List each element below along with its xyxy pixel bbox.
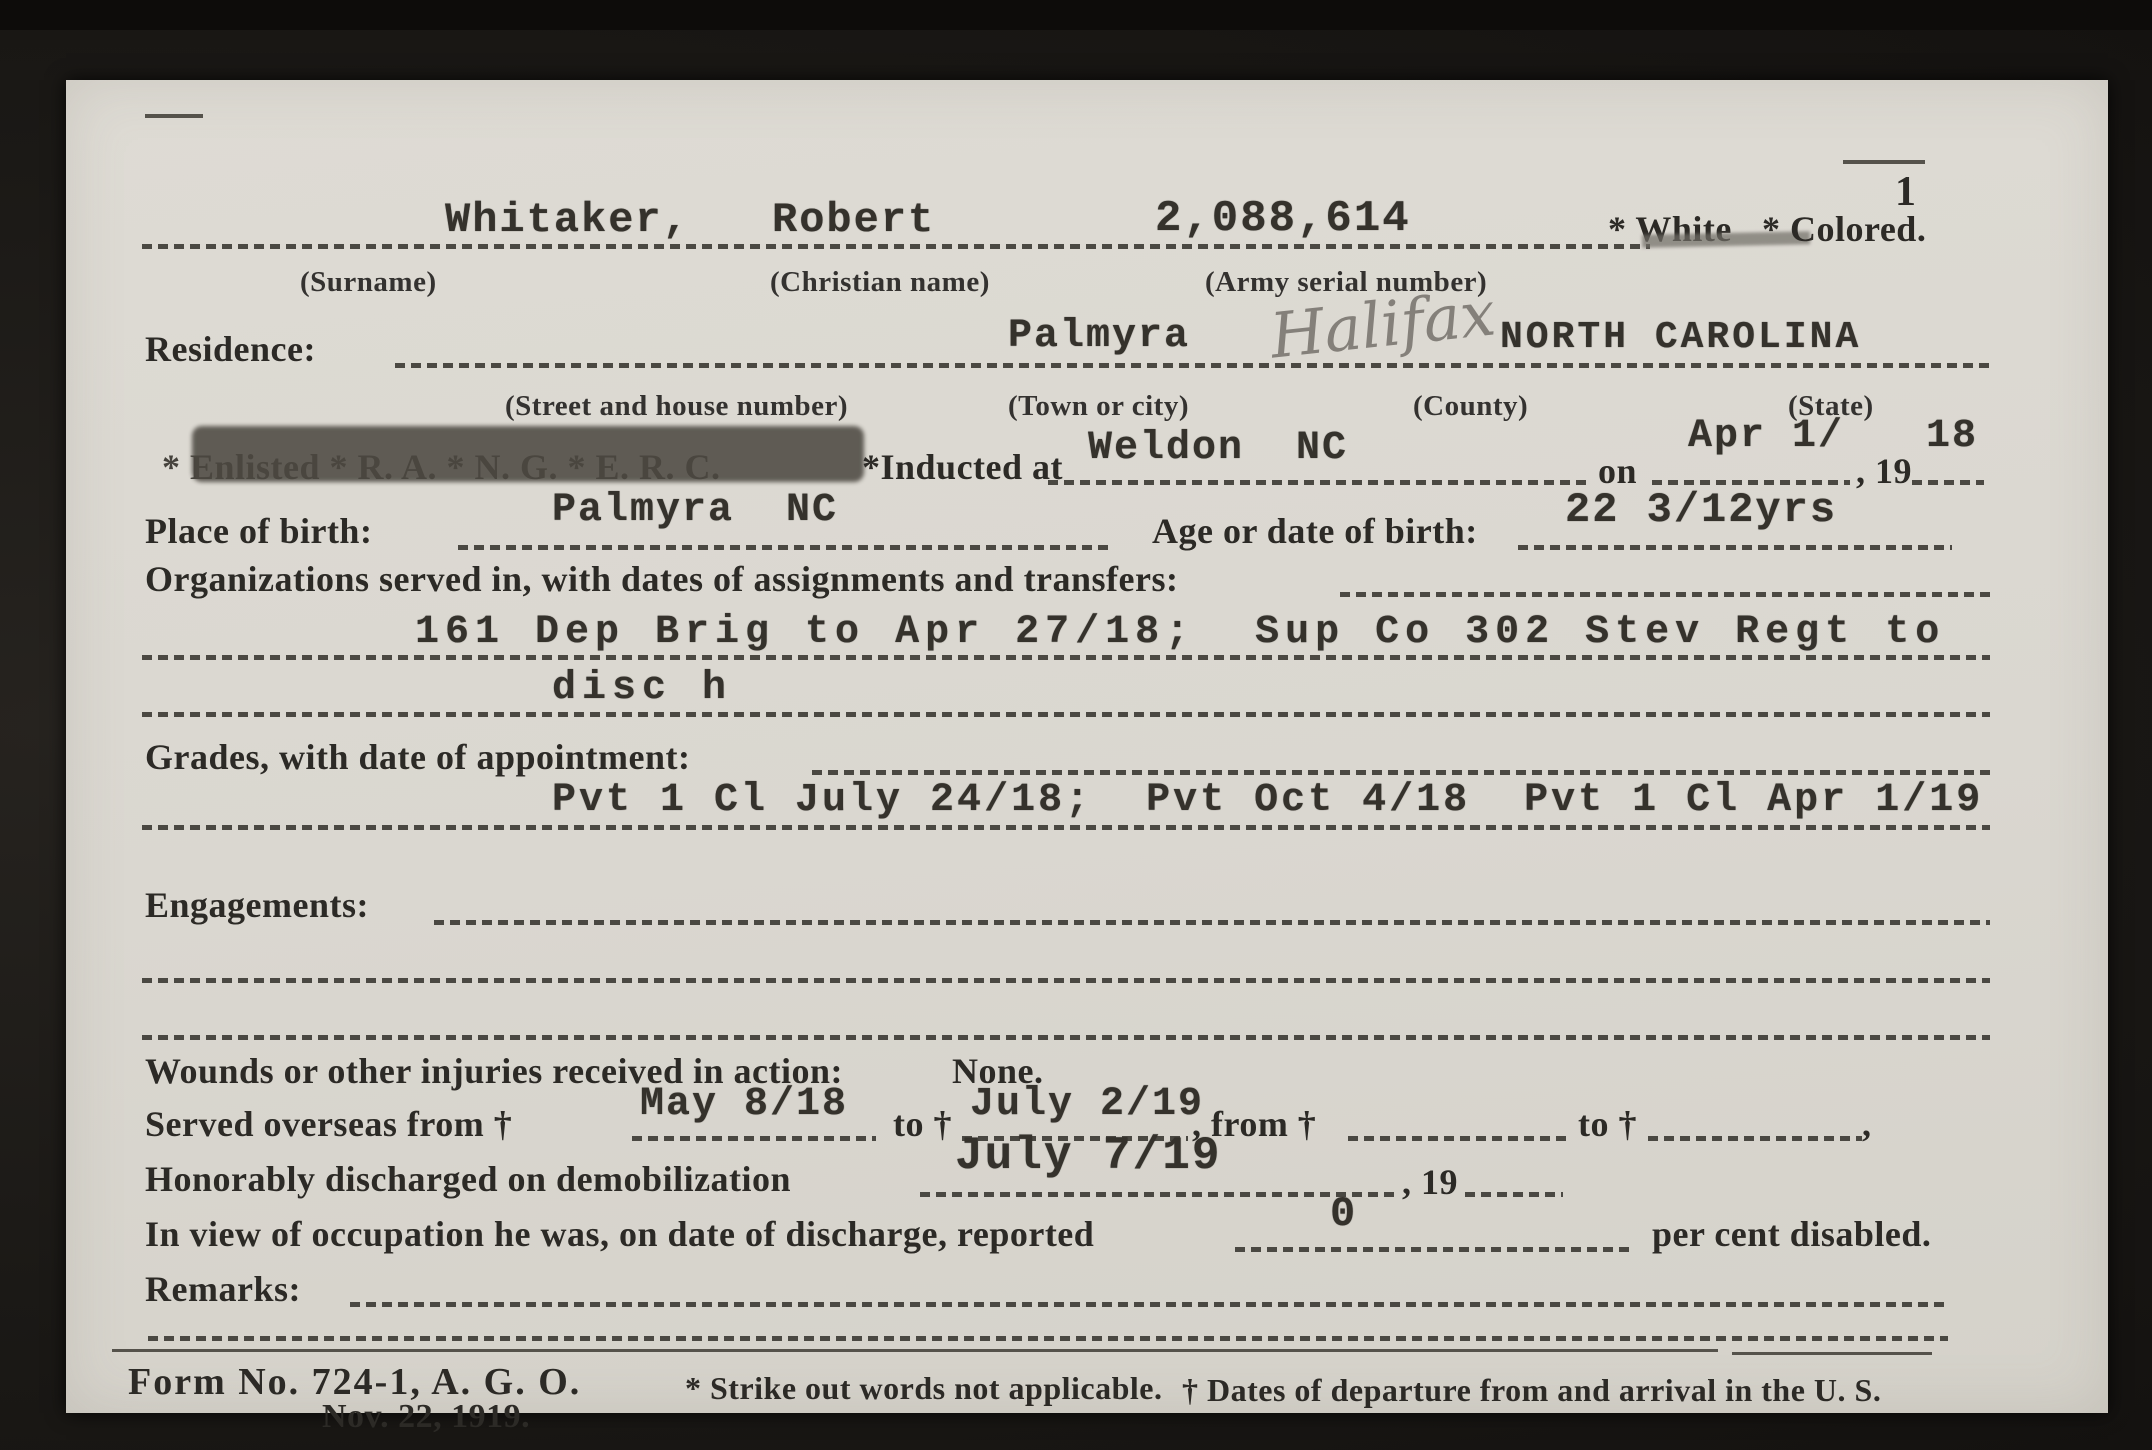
discharge-label: Honorably discharged on demobilization: [145, 1158, 791, 1200]
age-line: [1518, 545, 1952, 550]
surname-value: Whitaker,: [445, 196, 690, 244]
engagements-blank-line1: [142, 978, 1990, 983]
residence-line: [395, 363, 1990, 368]
discharge-year-line: [1465, 1192, 1563, 1197]
disability-suffix: per cent disabled.: [1652, 1213, 1931, 1255]
year-line: [1912, 480, 1984, 485]
grades-line1: [142, 825, 1990, 830]
street-label: (Street and house number): [505, 390, 848, 423]
engagements-blank-line2: [142, 1035, 1990, 1040]
organizations-label: Organizations served in, with dates of a…: [145, 558, 1179, 600]
age-label: Age or date of birth:: [1152, 510, 1478, 552]
residence-state-value: NORTH CAROLINA: [1500, 316, 1861, 359]
remarks-label: Remarks:: [145, 1268, 301, 1310]
christian-name-label: (Christian name): [770, 266, 990, 299]
organizations-label-line: [1340, 592, 1990, 597]
discharge-date-line: [920, 1192, 1395, 1197]
residence-town-value: Palmyra: [1008, 314, 1190, 359]
county-label: (County): [1413, 390, 1528, 423]
grades-label-line: [812, 770, 1990, 775]
engagements-label: Engagements:: [145, 884, 369, 926]
inducted-at-label: *Inducted at: [862, 446, 1063, 488]
disability-label: In view of occupation he was, on date of…: [145, 1213, 1094, 1255]
year-value: 18: [1926, 414, 1978, 459]
overseas-from1-line: [632, 1136, 876, 1141]
remarks-line: [350, 1302, 1950, 1307]
age-value: 22 3/12yrs: [1565, 486, 1837, 534]
race-colored-option: * Colored.: [1762, 208, 1926, 250]
inducted-date-line: [1652, 480, 1850, 485]
overseas-from2-line: [1348, 1136, 1566, 1141]
engagements-line: [434, 920, 1990, 925]
birth-place-line: [458, 545, 1108, 550]
disability-value: 0: [1330, 1190, 1357, 1238]
residence-label: Residence:: [145, 328, 316, 370]
organizations-line2-value: disc h: [552, 666, 732, 711]
name-line: [142, 244, 1650, 249]
dagger-note: † Dates of departure from and arrival in…: [1182, 1372, 1881, 1409]
inducted-date-value: Apr 1/: [1688, 414, 1844, 459]
discharge-year-label: , 19: [1402, 1161, 1458, 1203]
birth-place-label: Place of birth:: [145, 510, 372, 552]
serial-number-value: 2,088,614: [1155, 194, 1411, 244]
form-date: Nov. 22, 1919.: [322, 1398, 530, 1436]
marker-strikeout-blob: [192, 426, 864, 482]
overseas-trailing-comma: ,: [1862, 1103, 1872, 1145]
organizations-line2: [142, 712, 1990, 717]
footer-solid-rule-left: [112, 1349, 1718, 1352]
organizations-line1: [142, 655, 1990, 660]
year-19-label: , 19: [1856, 450, 1912, 492]
disability-line: [1235, 1247, 1629, 1252]
overseas-to1-value: July 2/19: [970, 1082, 1204, 1127]
grades-label: Grades, with date of appointment:: [145, 736, 691, 778]
top-right-mark: [1843, 160, 1925, 164]
top-left-mark: [145, 114, 203, 118]
overseas-to1-label: to †: [893, 1103, 952, 1145]
grades-line1-value: Pvt 1 Cl July 24/18; Pvt Oct 4/18 Pvt 1 …: [552, 778, 1983, 823]
surname-label: (Surname): [300, 266, 437, 299]
inducted-place-value: Weldon NC: [1088, 426, 1348, 471]
discharge-date-value: July 7/19: [955, 1130, 1221, 1182]
overseas-from1-value: May 8/18: [640, 1082, 848, 1127]
footer-dashed-rule: [148, 1336, 1948, 1341]
overseas-to2-label: to †: [1578, 1103, 1637, 1145]
overseas-label: Served overseas from †: [145, 1103, 512, 1145]
christian-name-value: Robert: [772, 196, 935, 244]
inducted-place-line: [1048, 480, 1588, 485]
birth-place-value: Palmyra NC: [552, 488, 838, 533]
footer-solid-rule-right: [1732, 1352, 1932, 1355]
overseas-to2-line: [1648, 1136, 1862, 1141]
organizations-line1-value: 161 Dep Brig to Apr 27/18; Sup Co 302 St…: [415, 610, 1945, 655]
strike-note: * Strike out words not applicable.: [685, 1370, 1162, 1407]
town-label: (Town or city): [1008, 390, 1189, 423]
